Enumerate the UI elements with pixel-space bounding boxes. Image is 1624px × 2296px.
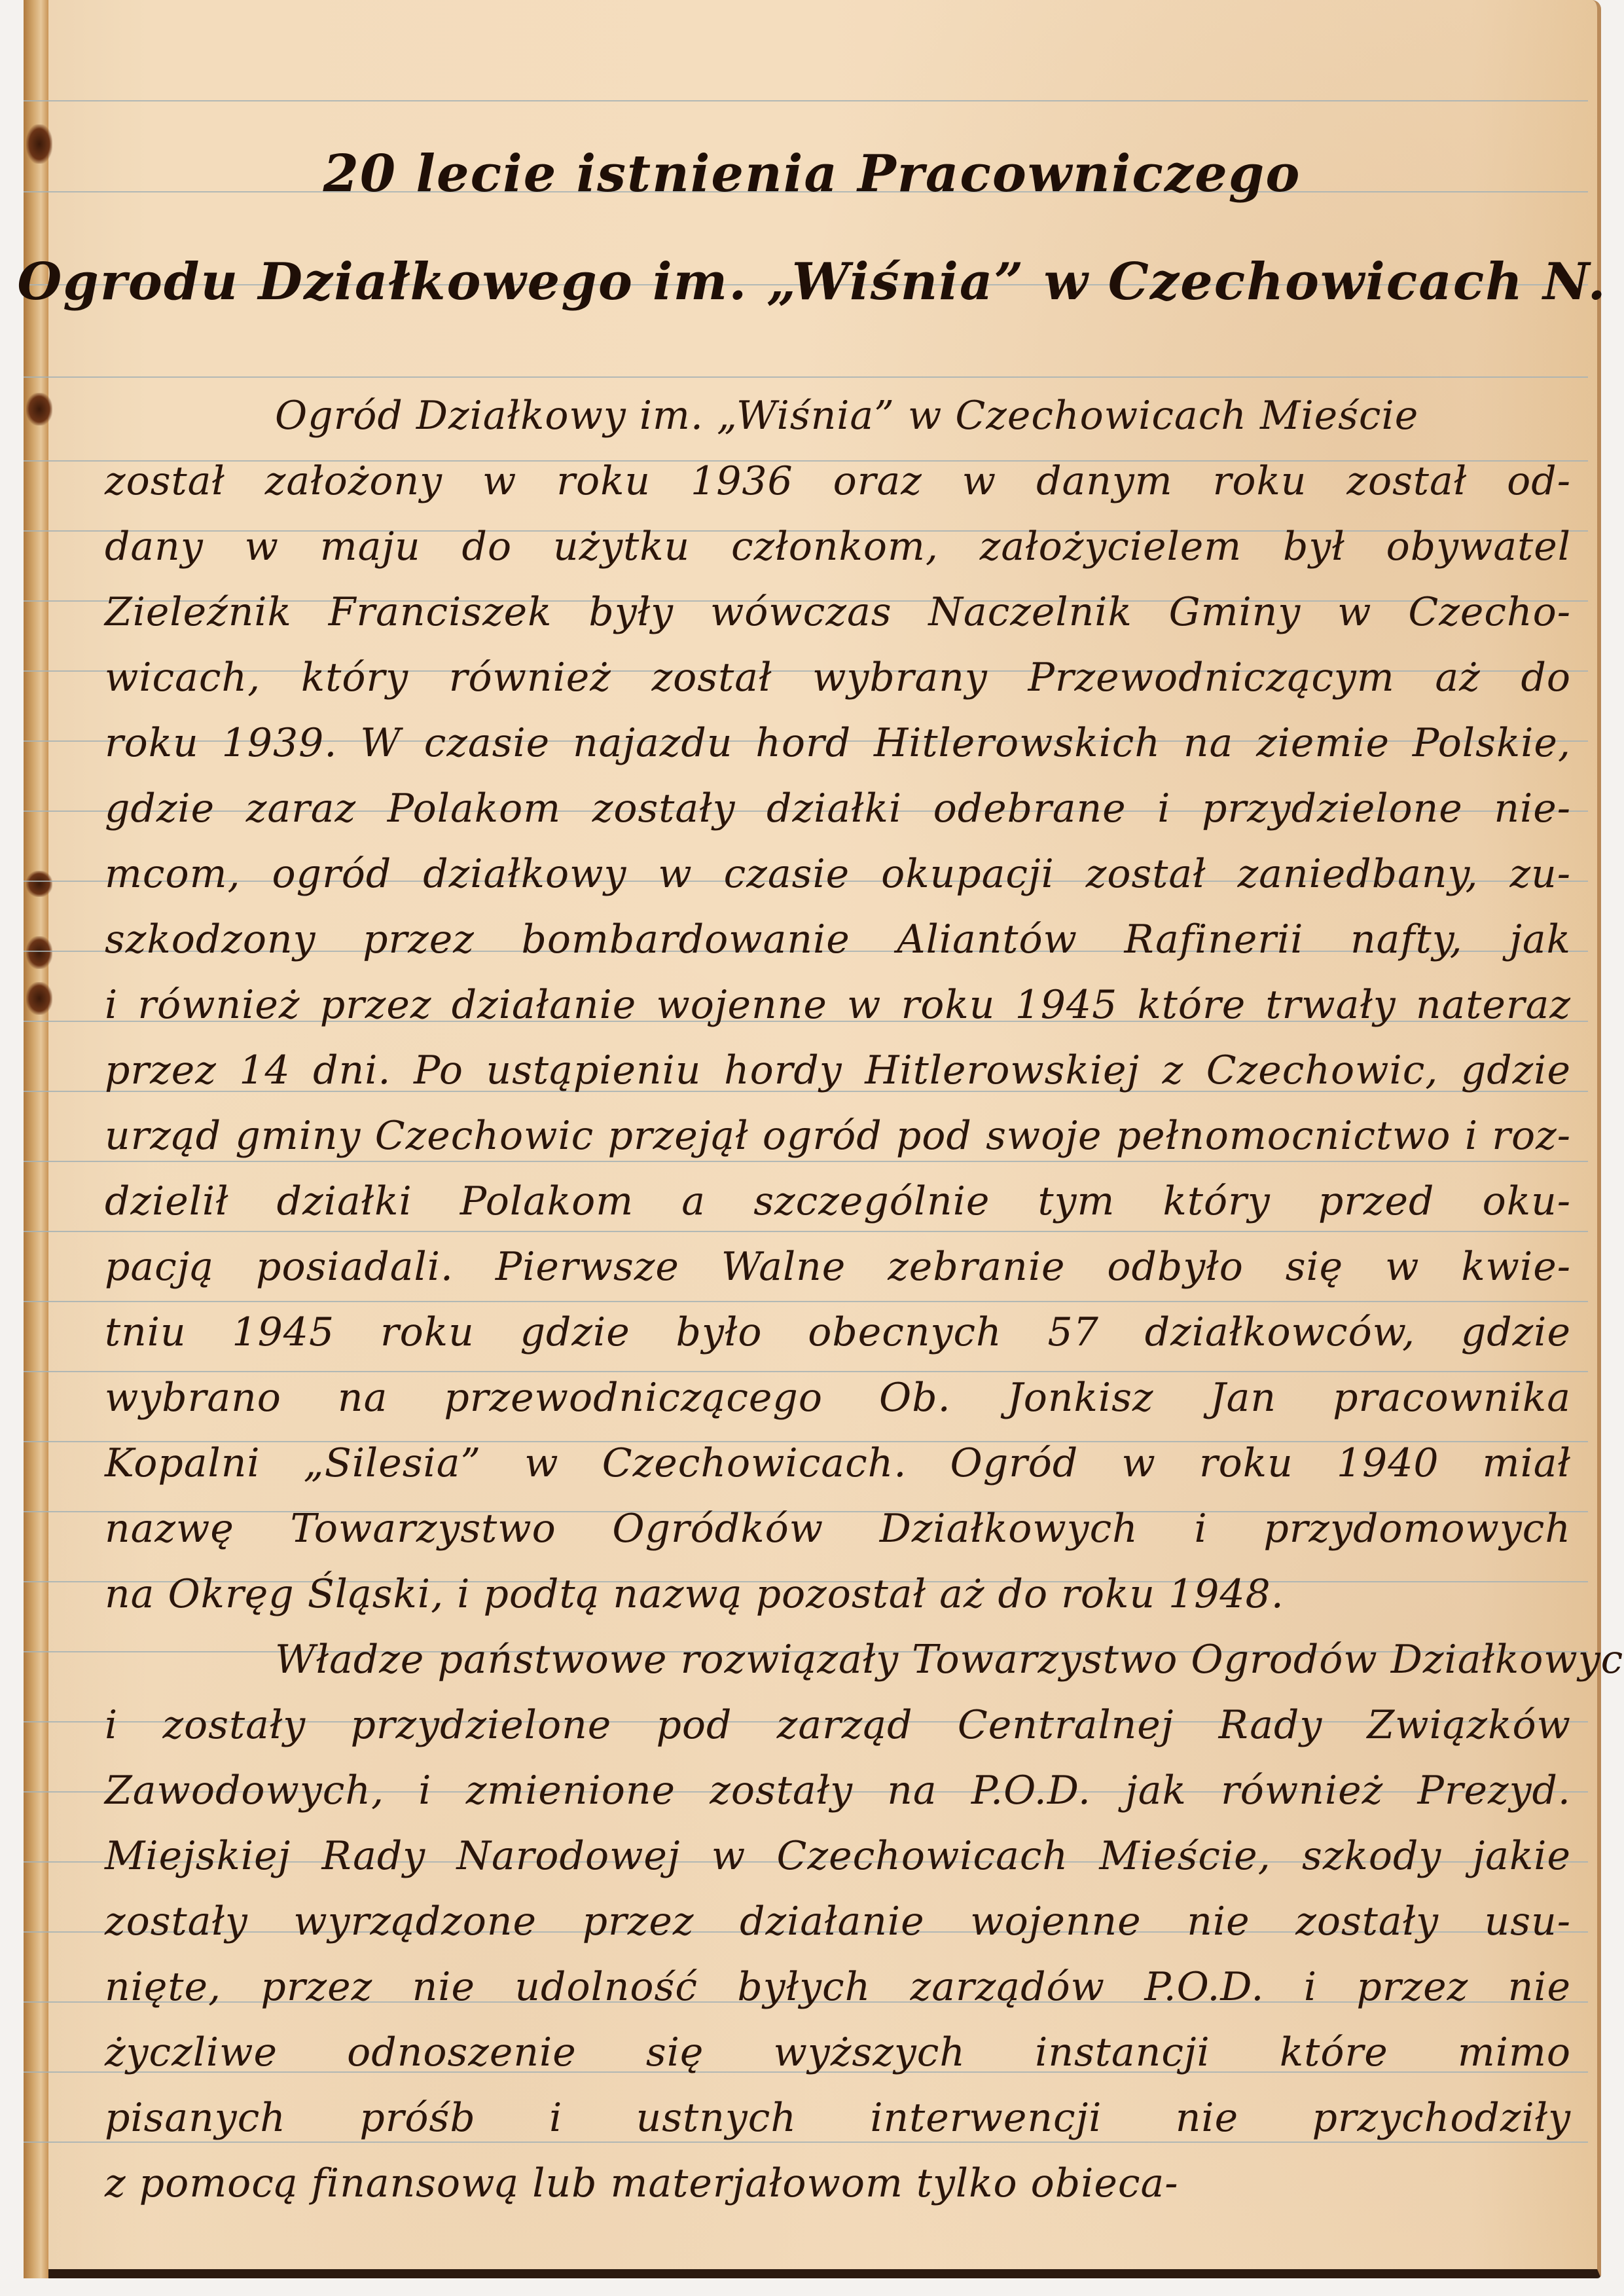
body-text-line: szkodzony przez bombardowanie Aliantów R… <box>105 917 1571 962</box>
body-text-line: nięte, przez nie udolność byłych zarządó… <box>105 1964 1571 2010</box>
binding-stain <box>26 982 52 1015</box>
body-text-line: i zostały przydzielone pod zarząd Centra… <box>105 1702 1571 1748</box>
body-text-line: roku 1939. W czasie najazdu hord Hitlero… <box>105 720 1571 766</box>
body-text-line: został założony w roku 1936 oraz w danym… <box>105 458 1571 504</box>
body-text-line: pacją posiadali. Pierwsze Walne zebranie… <box>105 1244 1571 1290</box>
ruled-line <box>24 1231 1588 1232</box>
binding-stain <box>26 393 52 426</box>
body-text-line: pisanych próśb i ustnych interwencji nie… <box>105 2095 1571 2141</box>
body-text-line: nazwę Towarzystwo Ogródków Działkowych i… <box>105 1506 1571 1552</box>
ruled-line <box>24 1301 1588 1302</box>
body-text-line: wybrano na przewodniczącego Ob. Jonkisz … <box>105 1375 1571 1421</box>
body-text-line: Zawodowych, i zmienione zostały na P.O.D… <box>105 1768 1571 1813</box>
binding-stain <box>26 871 52 897</box>
body-text-line: tniu 1945 roku gdzie było obecnych 57 dz… <box>105 1309 1571 1355</box>
body-text-line: Zieleźnik Franciszek były wówczas Naczel… <box>105 589 1571 635</box>
body-text-line: na Okręg Śląski, i podtą nazwą pozostał … <box>105 1571 1571 1617</box>
body-text-line: Ogród Działkowy im. „Wiśnia” w Czechowic… <box>105 393 1571 439</box>
body-text-line: dany w maju do użytku członkom, założyci… <box>105 524 1571 570</box>
body-text-line: wicach, który również został wybrany Prz… <box>105 655 1571 701</box>
body-text-line: z pomocą finansową lub materjałowom tylk… <box>105 2160 1571 2206</box>
title-line-2: Ogrodu Działkowego im. „Wiśnia” w Czecho… <box>0 252 1624 312</box>
body-text-line: dzielił działki Polakom a szczególnie ty… <box>105 1178 1571 1224</box>
body-text-line: zostały wyrządzone przez działanie wojen… <box>105 1899 1571 1944</box>
body-text-line: przez 14 dni. Po ustąpieniu hordy Hitler… <box>105 1048 1571 1093</box>
body-text-line: Kopalni „Silesia” w Czechowicach. Ogród … <box>105 1440 1571 1486</box>
body-text-line: życzliwe odnoszenie się wyższych instanc… <box>105 2030 1571 2075</box>
title-line-1: 20 lecie istnienia Pracowniczego <box>0 144 1624 204</box>
page-binding-edge <box>24 0 48 2278</box>
ruled-line <box>24 2141 1588 2143</box>
body-text-line: gdzie zaraz Polakom zostały działki odeb… <box>105 786 1571 831</box>
body-text-line: Władze państwowe rozwiązały Towarzystwo … <box>105 1637 1571 1683</box>
ruled-line <box>24 100 1588 101</box>
ruled-line <box>24 376 1588 378</box>
binding-stain <box>26 936 52 969</box>
body-text-line: Miejskiej Rady Narodowej w Czechowicach … <box>105 1833 1571 1879</box>
ruled-line <box>24 1371 1588 1372</box>
body-text-line: i również przez działanie wojenne w roku… <box>105 982 1571 1028</box>
ruled-line <box>24 1161 1588 1162</box>
body-text-line: mcom, ogród działkowy w czasie okupacji … <box>105 851 1571 897</box>
body-text-line: urząd gminy Czechowic przejął ogród pod … <box>105 1113 1571 1159</box>
